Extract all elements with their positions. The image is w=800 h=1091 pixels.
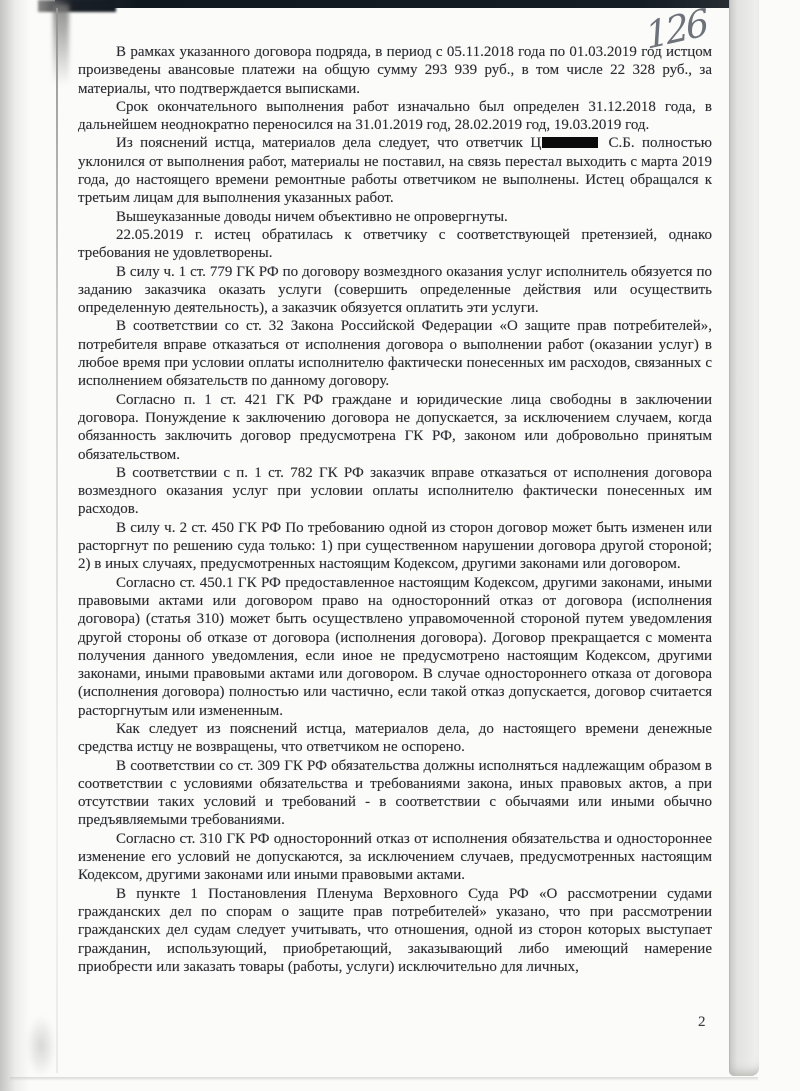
scan-top-edge	[55, 0, 743, 8]
paragraph: 22.05.2019 г. истец обратилась к ответчи…	[78, 226, 712, 263]
scan-bottom-left-smudge	[26, 1015, 56, 1077]
document-body-text: В рамках указанного договора подряда, в …	[78, 43, 712, 976]
paragraph-with-redaction: Из пояснений истца, материалов дела след…	[78, 134, 712, 207]
scan-left-edge-shadow	[0, 0, 30, 1091]
paragraph: Вышеуказанные доводы ничем объективно не…	[78, 208, 712, 226]
paragraph: Срок окончательного выполнения работ изн…	[78, 98, 712, 135]
page-number: 2	[698, 1014, 706, 1031]
document-scan-page: 126 В рамках указанного договора подряда…	[0, 0, 800, 1091]
paragraph: В пункте 1 Постановления Пленума Верховн…	[78, 885, 712, 976]
paragraph: Согласно п. 1 ст. 421 ГК РФ граждане и ю…	[78, 391, 712, 464]
page-left-crease-line	[56, 8, 58, 1073]
page-bottom-shadow	[10, 1077, 758, 1081]
scan-top-left-corner-shadow	[38, 0, 116, 12]
paragraph: В силу ч. 2 ст. 450 ГК РФ По требованию …	[78, 519, 712, 574]
redacted-surname-box	[542, 137, 598, 148]
page-stack-right-edge	[729, 0, 759, 1076]
paragraph: Согласно ст. 310 ГК РФ односторонний отк…	[78, 830, 712, 885]
paragraph: В соответствии с п. 1 ст. 782 ГК РФ зака…	[78, 464, 712, 519]
paragraph: Согласно ст. 450.1 ГК РФ предоставленное…	[78, 574, 712, 720]
paragraph-text: Из пояснений истца, материалов дела след…	[116, 135, 541, 151]
paragraph: В рамках указанного договора подряда, в …	[78, 43, 712, 98]
paragraph: В соответствии со ст. 32 Закона Российск…	[78, 317, 712, 390]
paragraph: Как следует из пояснений истца, материал…	[78, 720, 712, 757]
paragraph: В силу ч. 1 ст. 779 ГК РФ по договору во…	[78, 263, 712, 318]
paragraph: В соответствии со ст. 309 ГК РФ обязател…	[78, 757, 712, 830]
